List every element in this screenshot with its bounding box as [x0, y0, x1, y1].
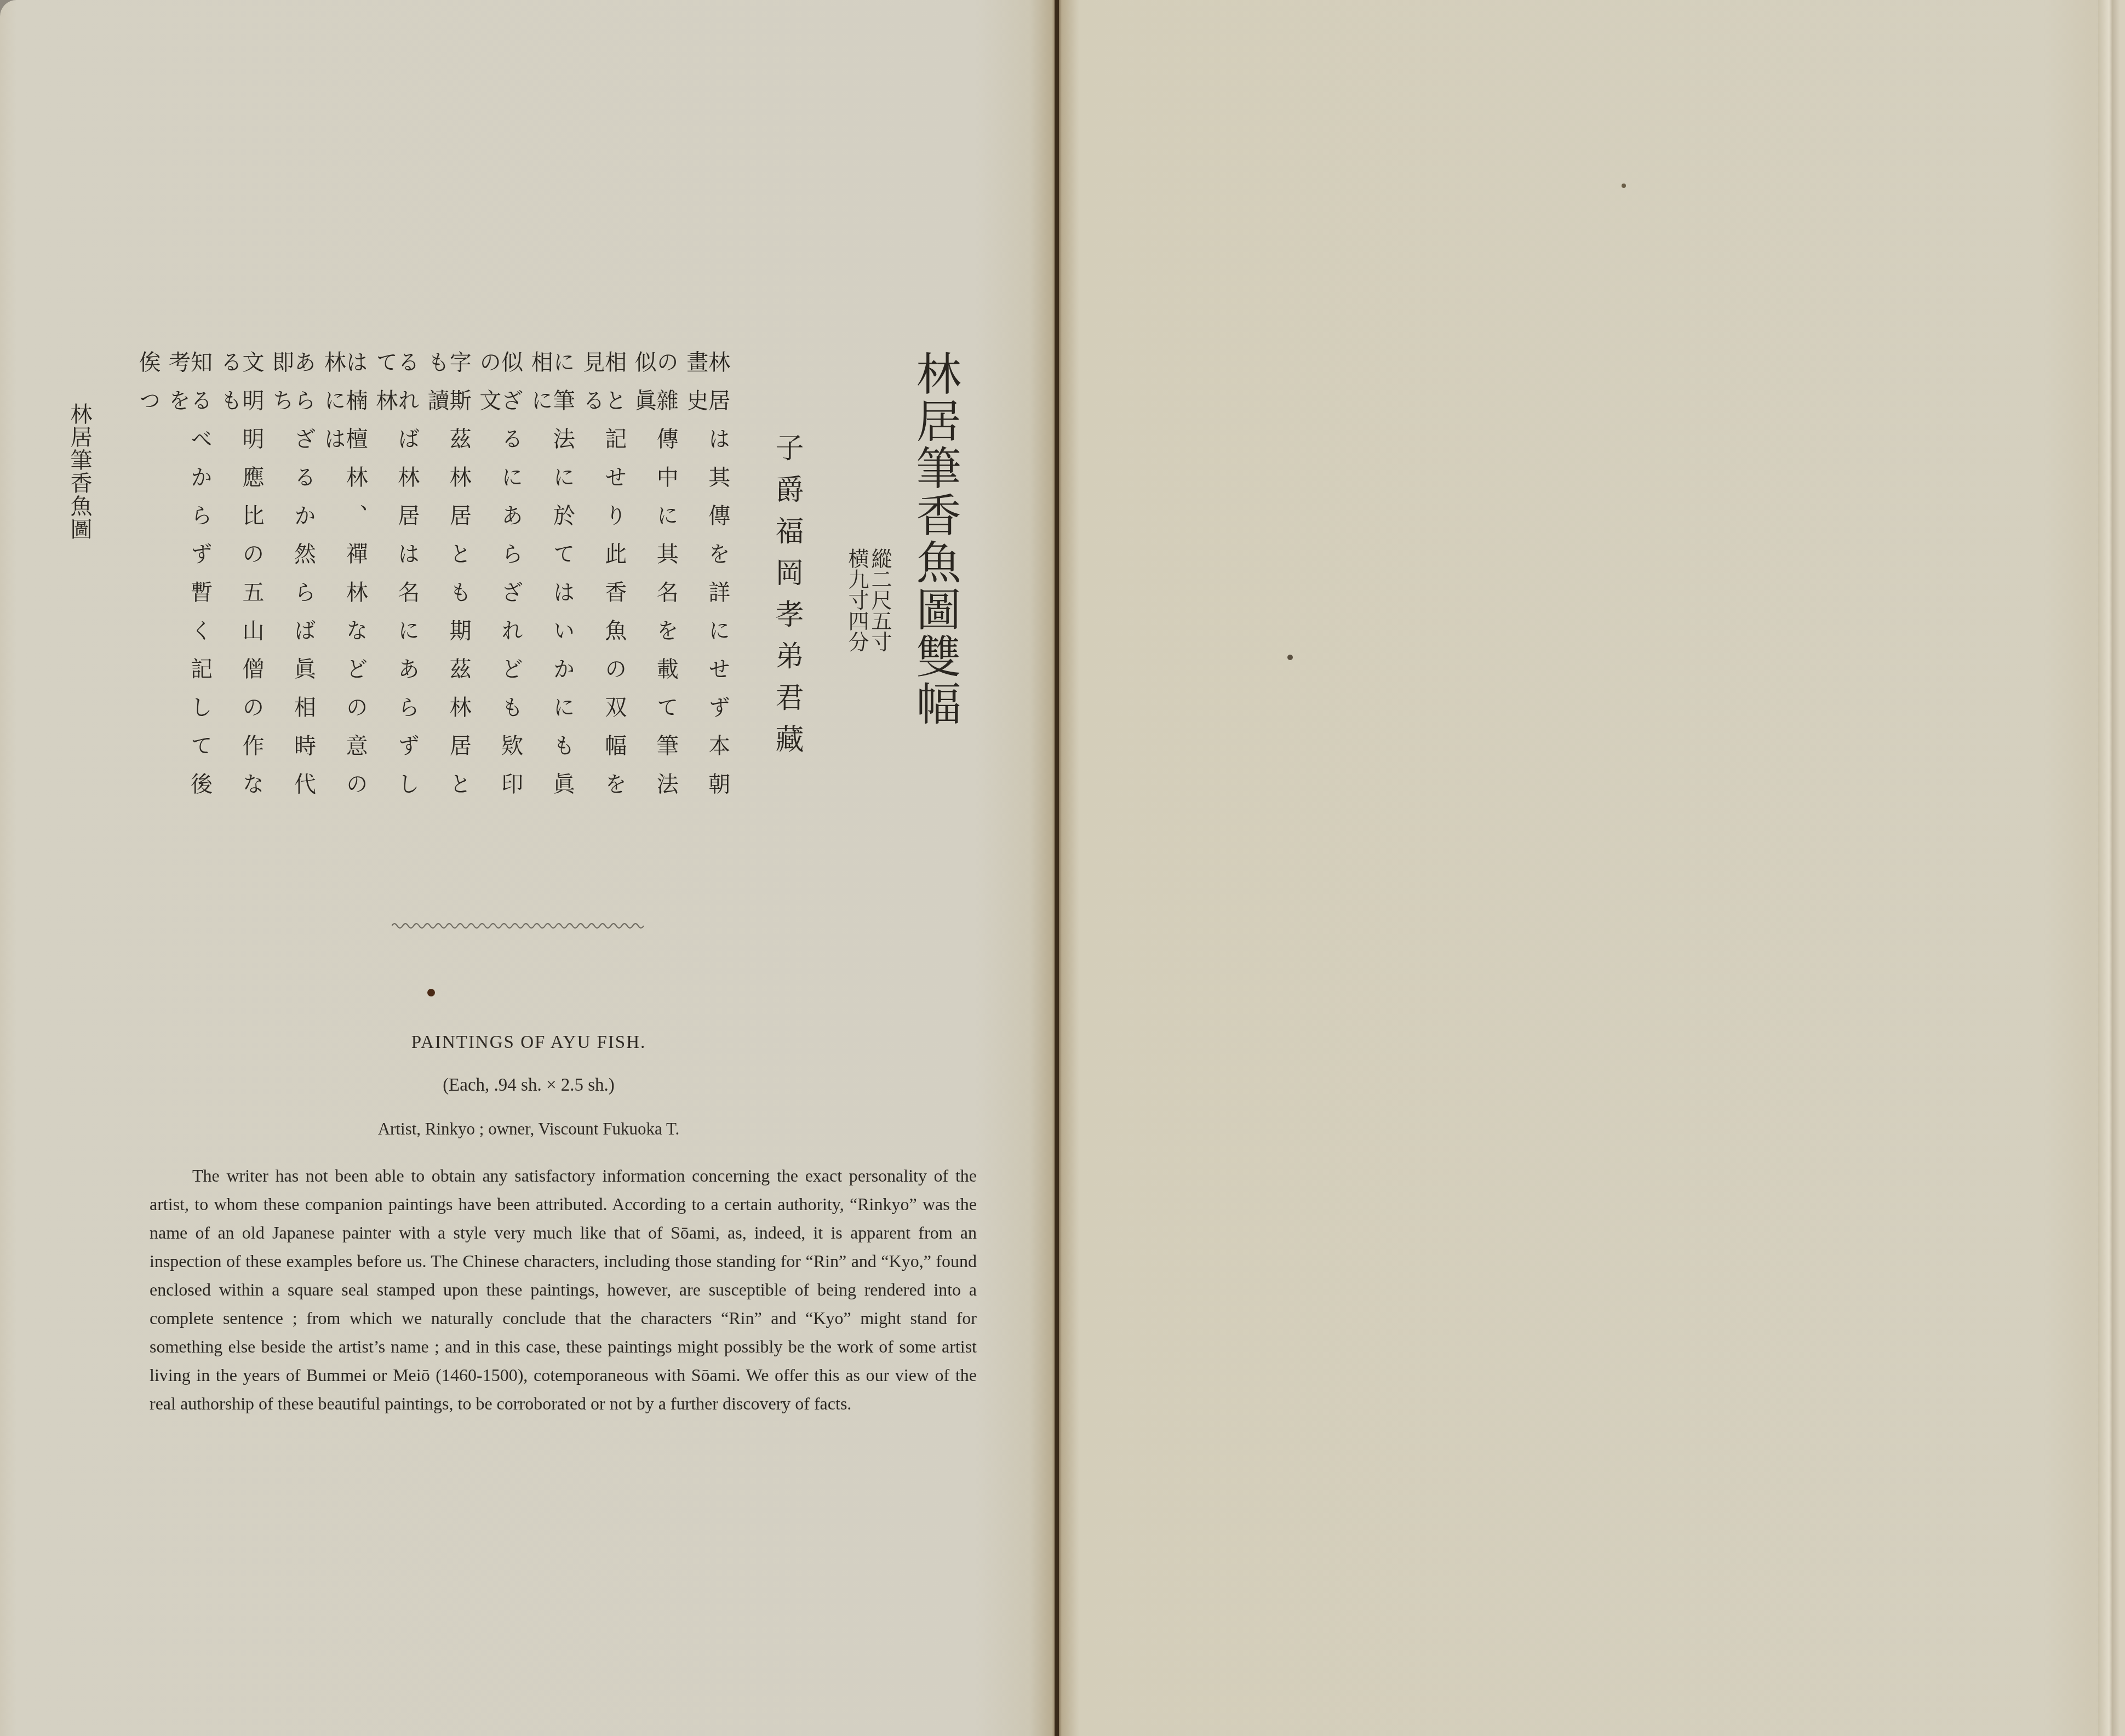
- owner-line: 子爵福岡孝弟君藏: [772, 433, 801, 766]
- english-paragraph: The writer has not been able to obtain a…: [150, 1161, 977, 1418]
- jp-column: 似ざるにあらざれども欵印の文: [478, 351, 522, 816]
- paper-speck: [1287, 655, 1293, 660]
- japanese-title: 林居筆香魚圖雙幅: [912, 351, 957, 727]
- japanese-dimensions: 縱二尺五寸 横九寸四分: [846, 548, 890, 652]
- dimension-width: 横九寸四分: [846, 548, 867, 652]
- page-edge: [2098, 0, 2125, 1736]
- english-title: PAINTINGS OF AYU FISH.: [0, 1033, 1057, 1053]
- jp-column: 文明明應比の五山僧の作なるも: [219, 351, 262, 816]
- jp-column: 知るべからず暫く記して後考を: [167, 351, 211, 816]
- running-head: 林居筆香魚圖: [68, 403, 90, 541]
- jp-column: 俟つ: [137, 351, 159, 816]
- jp-column: 字斯茲林居とも期茲林居とも讀: [426, 351, 469, 816]
- jp-column: 林居は其傳を詳にせず本朝畫史: [685, 351, 729, 816]
- paper-speck: [1622, 184, 1626, 188]
- jp-column: あらざるか然らば眞相時代即ち: [271, 351, 314, 816]
- artist-owner-line: Artist, Rinkyo ; owner, Viscount Fukuoka…: [0, 1119, 1057, 1139]
- english-dimensions: (Each, .94 sh. × 2.5 sh.): [0, 1075, 1057, 1096]
- japanese-body: 林居は其傳を詳にせず本朝畫史 の雜傳中に其名を載て筆法似眞 相と記せり此香魚の双…: [137, 351, 729, 816]
- right-page: [1057, 0, 2125, 1736]
- wavy-divider: [392, 920, 644, 931]
- jp-column: るれば林居は名にあらずして林: [374, 351, 418, 816]
- jp-column: 相と記せり此香魚の双幅を見る: [581, 351, 625, 816]
- jp-column: の雜傳中に其名を載て筆法似眞: [633, 351, 677, 816]
- book-gutter: [1055, 0, 1059, 1736]
- dimension-height: 縱二尺五寸: [869, 548, 890, 652]
- book-spread: 林居筆香魚圖 林居筆香魚圖雙幅 縱二尺五寸 横九寸四分 子爵福岡孝弟君藏 林居は…: [0, 0, 2125, 1736]
- ink-spot: [427, 989, 435, 996]
- jp-column: に筆法に於てはいかにも眞相に: [529, 351, 573, 816]
- left-page: 林居筆香魚圖 林居筆香魚圖雙幅 縱二尺五寸 横九寸四分 子爵福岡孝弟君藏 林居は…: [0, 0, 1057, 1736]
- jp-column: は楠檀林、禪林などの意の林には: [322, 351, 366, 816]
